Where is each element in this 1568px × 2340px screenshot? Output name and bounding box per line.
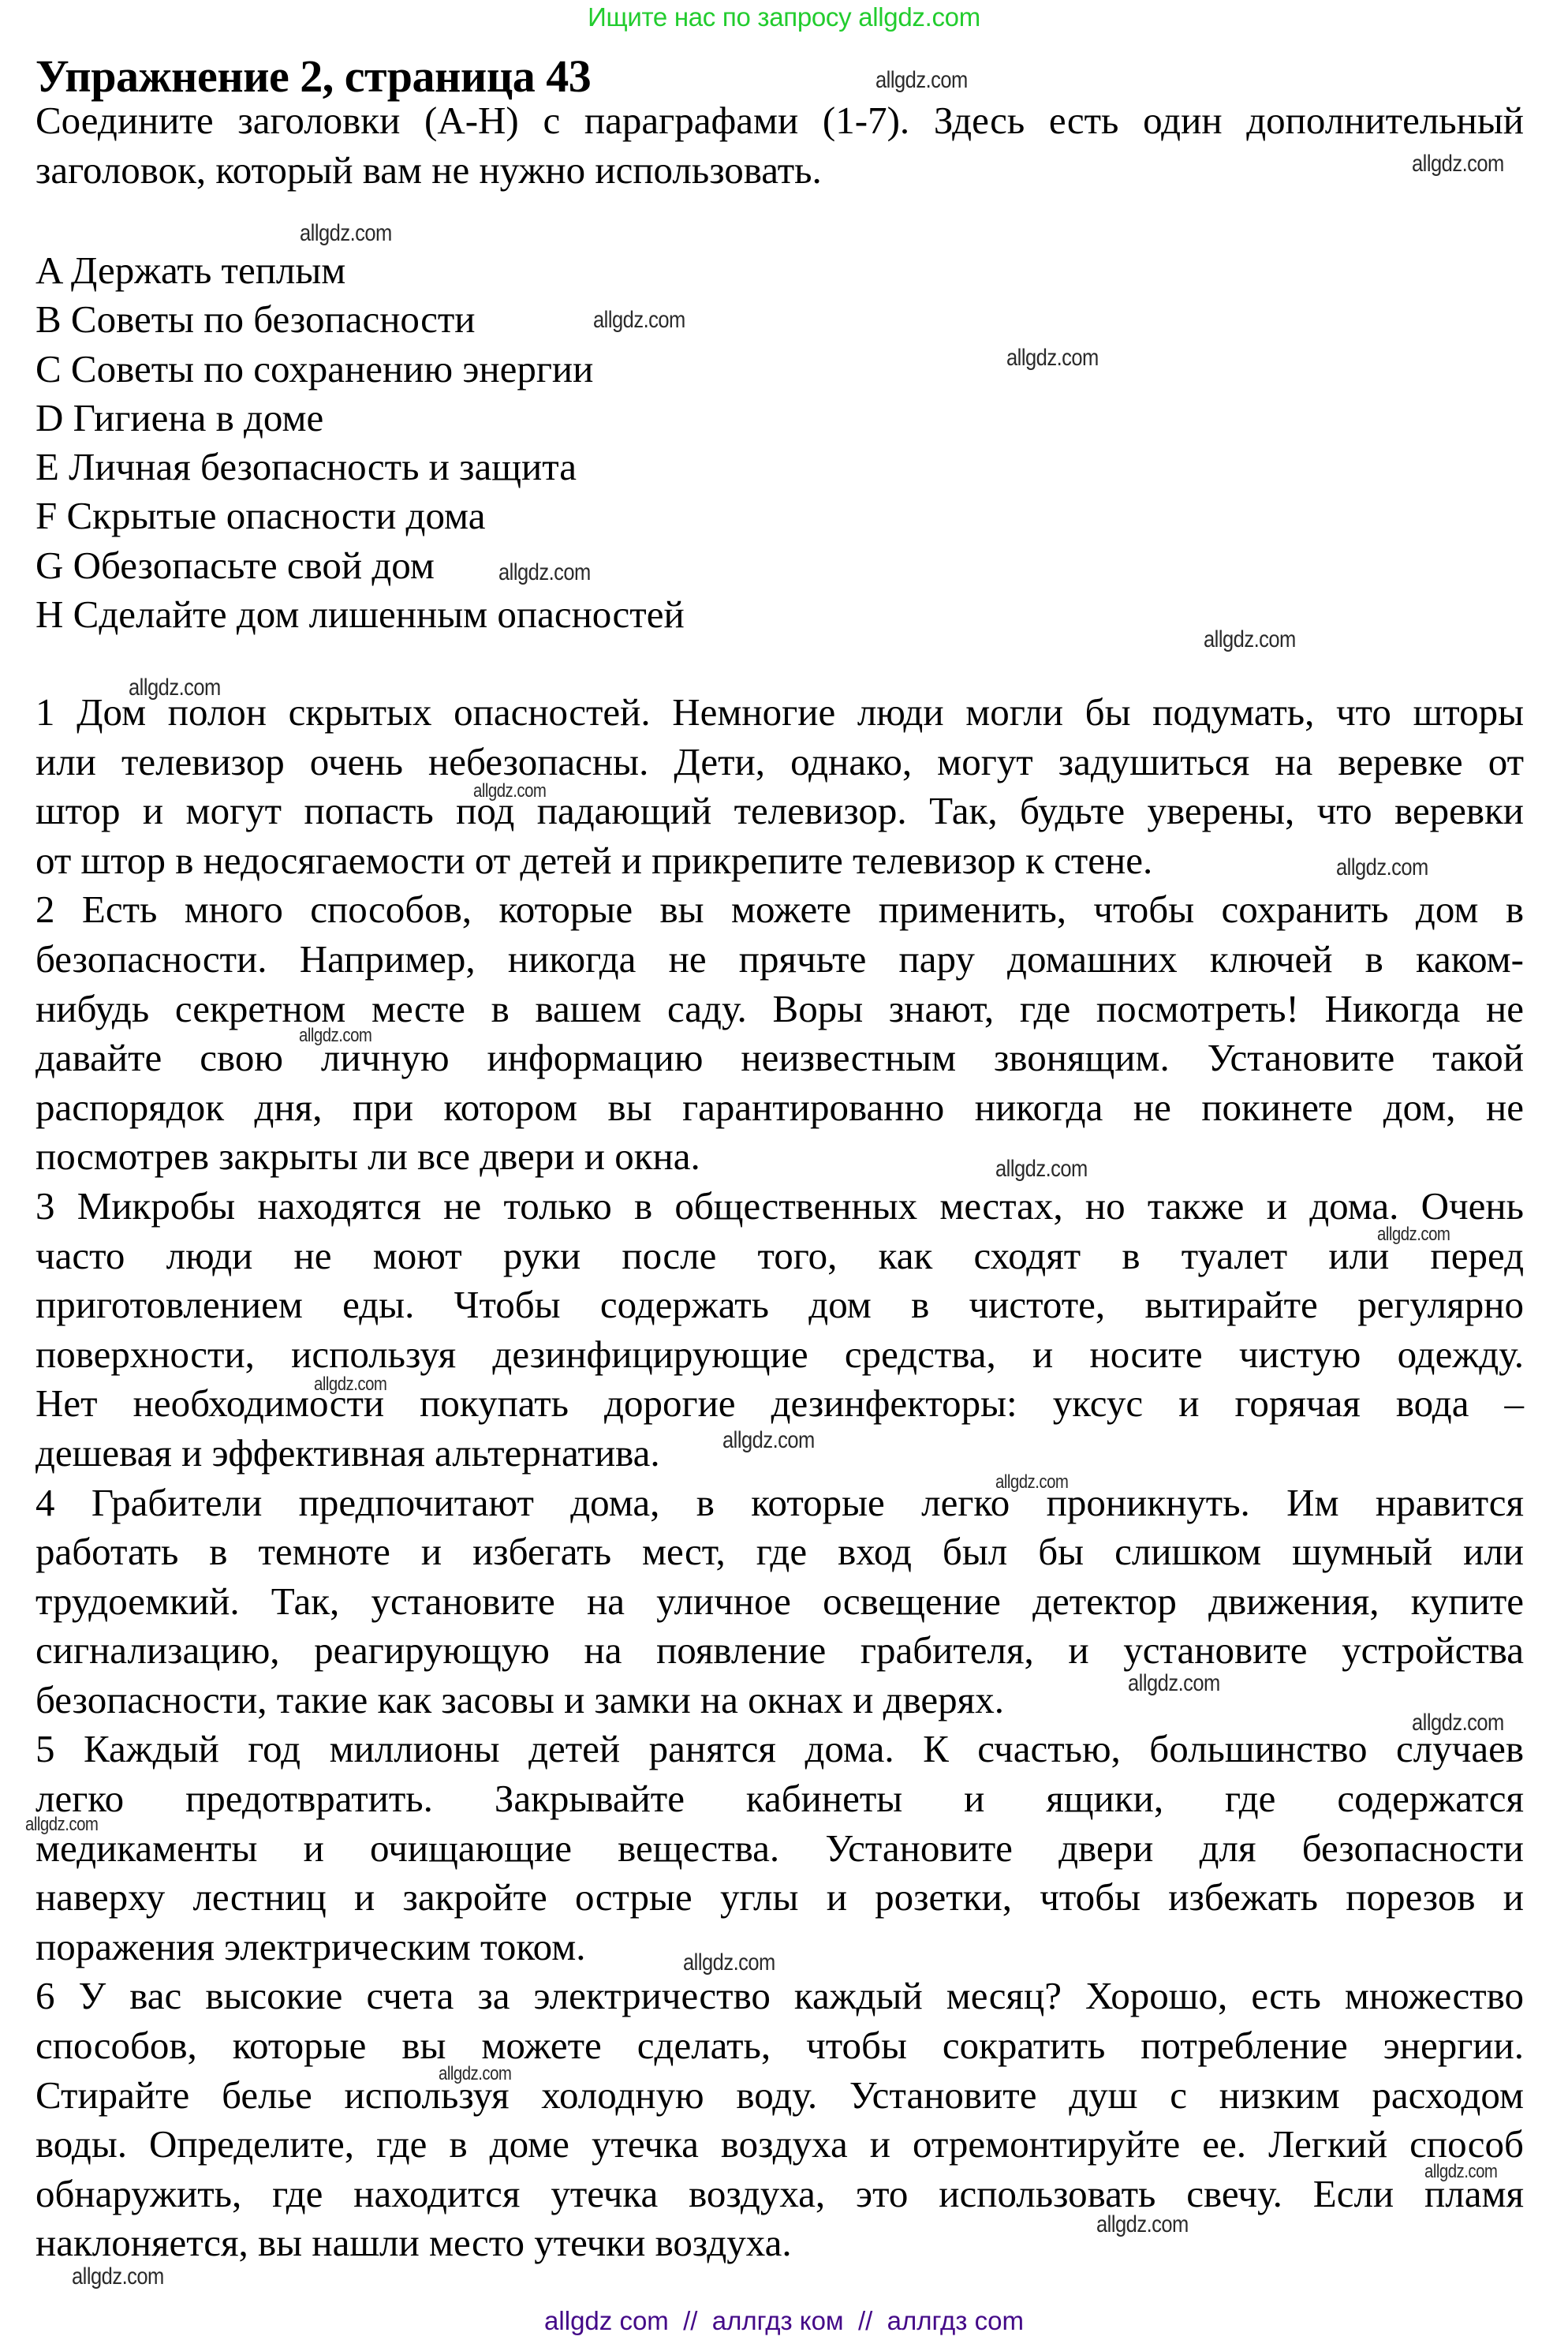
paragraph-line: 5 Каждый год миллионы детей ранятся дома… [35,1725,1524,1774]
watermark: allgdz.com [1006,346,1099,371]
paragraph-line: от штор в недосягаемости от детей и прик… [35,836,1524,886]
paragraph-line: приготовлением еды. Чтобы содержать дом … [35,1280,1524,1330]
paragraph-line: работать в темноте и избегать мест, где … [35,1527,1524,1577]
watermark: allgdz.com [129,675,221,701]
heading-e: E Личная безопасность и защита [35,443,1524,492]
site-footer: allgdz com // аллгдз ком // аллгдз com [0,2305,1568,2337]
paragraph-2: 2 Есть много способов, которые вы можете… [35,885,1524,1182]
paragraph-line: нибудь секретном месте в вашем саду. Вор… [35,985,1524,1034]
paragraph-line: 2 Есть много способов, которые вы можете… [35,885,1524,935]
paragraphs: 1 Дом полон скрытых опасностей. Немногие… [35,688,1524,2268]
watermark: allgdz.com [1412,151,1504,177]
watermark: allgdz.com [299,1026,371,1046]
watermark: allgdz.com [498,560,591,585]
watermark: allgdz.com [439,2064,511,2084]
heading-g: G Обезопасьте свой дом [35,541,1524,590]
heading-b: B Советы по безопасности [35,295,1524,344]
watermark: allgdz.com [72,2264,164,2290]
paragraph-line: поражения электрическим током. [35,1923,1524,1972]
heading-c: C Советы по сохранению энергии [35,345,1524,394]
paragraph-line: медикаменты и очищающие вещества. Устано… [35,1824,1524,1874]
watermark: allgdz.com [1336,855,1428,880]
watermark: allgdz.com [722,1428,815,1453]
paragraph-6: 6 У вас высокие счета за электричество к… [35,1972,1524,2268]
paragraph-line: или телевизор очень небезопасны. Дети, о… [35,738,1524,787]
heading-f: F Скрытые опасности дома [35,492,1524,540]
watermark: allgdz.com [1377,1224,1450,1245]
watermark: allgdz.com [683,1950,775,1976]
paragraph-line: наклоняется, вы нашли место утечки возду… [35,2219,1524,2268]
headings-list: A Держать теплым B Советы по безопасност… [35,246,1524,639]
paragraph-line: давайте свою личную информацию неизвестн… [35,1034,1524,1083]
watermark: allgdz.com [473,781,546,802]
watermark: allgdz.com [593,308,685,333]
site-banner: Ищите нас по запросу allgdz.com [0,2,1568,33]
watermark: allgdz.com [314,1374,386,1395]
paragraph-5: 5 Каждый год миллионы детей ранятся дома… [35,1725,1524,1972]
watermark: allgdz.com [25,1815,98,1835]
paragraph-line: наверху лестниц и закройте острые углы и… [35,1873,1524,1923]
paragraph-line: 4 Грабители предпочитают дома, в которые… [35,1478,1524,1528]
paragraph-line: посмотрев закрыты ли все двери и окна. [35,1132,1524,1182]
paragraph-line: безопасности. Например, никогда не прячь… [35,935,1524,985]
paragraph-line: воды. Определите, где в доме утечка возд… [35,2120,1524,2170]
paragraph-4: 4 Грабители предпочитают дома, в которые… [35,1478,1524,1725]
watermark: allgdz.com [875,68,968,93]
watermark: allgdz.com [1128,1671,1220,1696]
instructions: Соедините заголовки (A-H) с параграфами … [35,96,1524,195]
paragraph-line: обнаружить, где находится утечка воздуха… [35,2170,1524,2219]
paragraph-line: 6 У вас высокие счета за электричество к… [35,1972,1524,2021]
instructions-line: Соедините заголовки (A-H) с параграфами … [35,96,1524,146]
heading-d: D Гигиена в доме [35,394,1524,443]
watermark: allgdz.com [1412,1710,1504,1736]
instructions-line: заголовок, который вам не нужно использо… [35,146,1524,196]
watermark: allgdz.com [1424,2162,1497,2182]
heading-a: A Держать теплым [35,246,1524,295]
paragraph-line: распорядок дня, при котором вы гарантиро… [35,1083,1524,1133]
paragraph-line: 1 Дом полон скрытых опасностей. Немногие… [35,688,1524,738]
paragraph-line: поверхности, используя дезинфицирующие с… [35,1330,1524,1380]
watermark: allgdz.com [1096,2212,1189,2237]
heading-h: H Сделайте дом лишенным опасностей [35,590,1524,639]
paragraph-line: штор и могут попасть под падающий телеви… [35,787,1524,836]
paragraph-line: Нет необходимости покупать дорогие дезин… [35,1379,1524,1429]
watermark: allgdz.com [300,221,392,246]
paragraph-line: Стирайте белье используя холодную воду. … [35,2071,1524,2121]
paragraph-line: 3 Микробы находятся не только в обществе… [35,1182,1524,1232]
watermark: allgdz.com [1204,627,1296,652]
paragraph-line: трудоемкий. Так, установите на уличное о… [35,1577,1524,1627]
paragraph-line: способов, которые вы можете сделать, что… [35,2021,1524,2071]
paragraph-1: 1 Дом полон скрытых опасностей. Немногие… [35,688,1524,885]
watermark: allgdz.com [995,1157,1088,1182]
paragraph-line: легко предотвратить. Закрывайте кабинеты… [35,1774,1524,1824]
paragraph-line: безопасности, такие как засовы и замки н… [35,1676,1524,1725]
paragraph-line: сигнализацию, реагирующую на появление г… [35,1626,1524,1676]
watermark: allgdz.com [995,1472,1068,1493]
paragraph-line: часто люди не моют руки после того, как … [35,1232,1524,1281]
